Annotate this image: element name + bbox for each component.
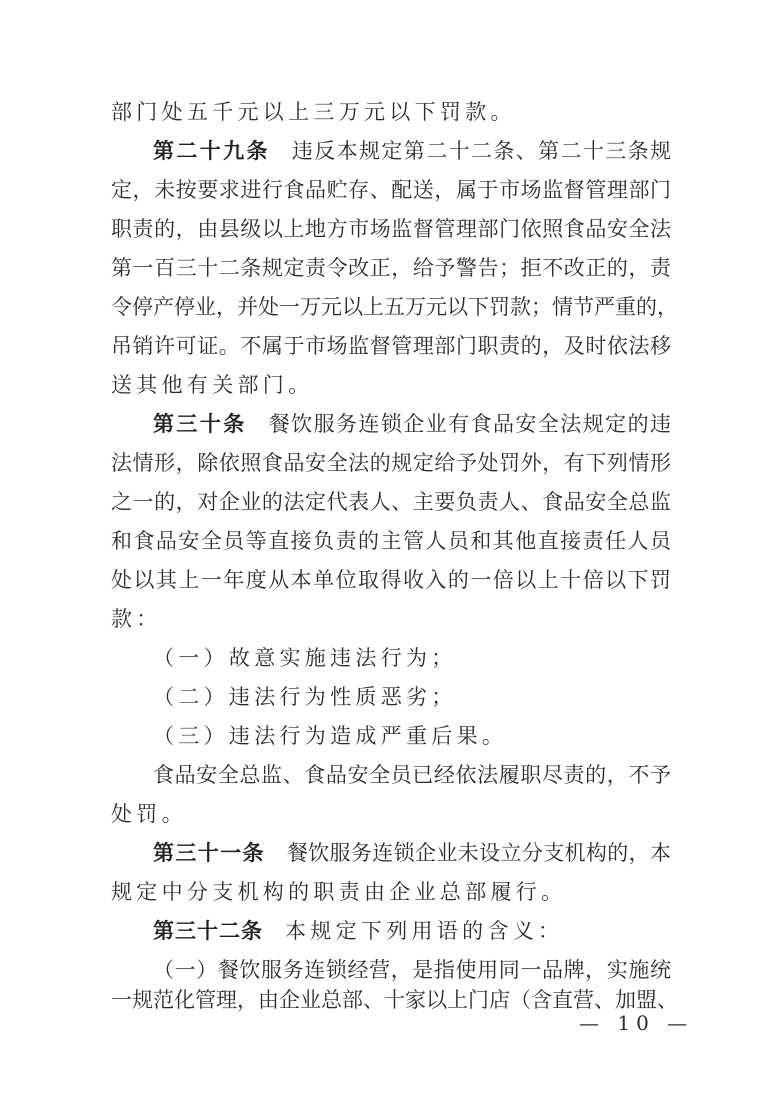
text-line: 部门处五千元以上三万元以下罚款。 [111,92,671,132]
text-line: 定，未按要求进行食品贮存、配送，属于市场监督管理部门 [111,170,671,210]
article-number: 第三十一条 [153,841,265,865]
page-number: — 10 — [579,1008,693,1038]
text-line: 第一百三十二条规定责令改正，给予警告；拒不改正的，责 [111,248,671,288]
article-32-heading-line: 第三十二条本规定下列用语的含义： [153,911,671,951]
text-line: 处罚。 [111,794,671,834]
text-line: 之一的，对企业的法定代表人、主要负责人、食品安全总监 [111,482,671,522]
text-line: 职责的，由县级以上地方市场监督管理部门依照食品安全法 [111,209,671,249]
article-number: 第三十条 [153,412,247,436]
text-line: 吊销许可证。不属于市场监督管理部门职责的，及时依法移 [111,326,671,366]
text-line: 令停产停业，并处一万元以上五万元以下罚款；情节严重的， [111,287,671,327]
list-item: （一）故意实施违法行为； [153,638,671,678]
text-line: 送其他有关部门。 [111,365,671,405]
article-number: 第三十二条 [153,919,263,943]
article-31-heading-line: 第三十一条餐饮服务连锁企业未设立分支机构的，本 [153,833,671,873]
text-line: 规定中分支机构的职责由企业总部履行。 [111,872,671,912]
text-line: 和食品安全员等直接负责的主管人员和其他直接责任人员 [111,521,671,561]
text-line: 法情形，除依照食品安全法的规定给予处罚外，有下列情形 [111,443,671,483]
text-line: 食品安全总监、食品安全员已经依法履职尽责的，不予 [153,755,671,795]
list-item: （三）违法行为造成严重后果。 [153,716,671,756]
article-number: 第二十九条 [153,139,270,163]
text-line: 款： [111,599,671,639]
article-30-heading-line: 第三十条餐饮服务连锁企业有食品安全法规定的违 [153,404,671,444]
list-item: （二）违法行为性质恶劣； [153,677,671,717]
document-page: 部门处五千元以上三万元以下罚款。 第二十九条违反本规定第二十二条、第二十三条规 … [0,0,773,1100]
text-line: 处以其上一年度从本单位取得收入的一倍以上十倍以下罚 [111,560,671,600]
article-29-heading-line: 第二十九条违反本规定第二十二条、第二十三条规 [153,131,671,171]
